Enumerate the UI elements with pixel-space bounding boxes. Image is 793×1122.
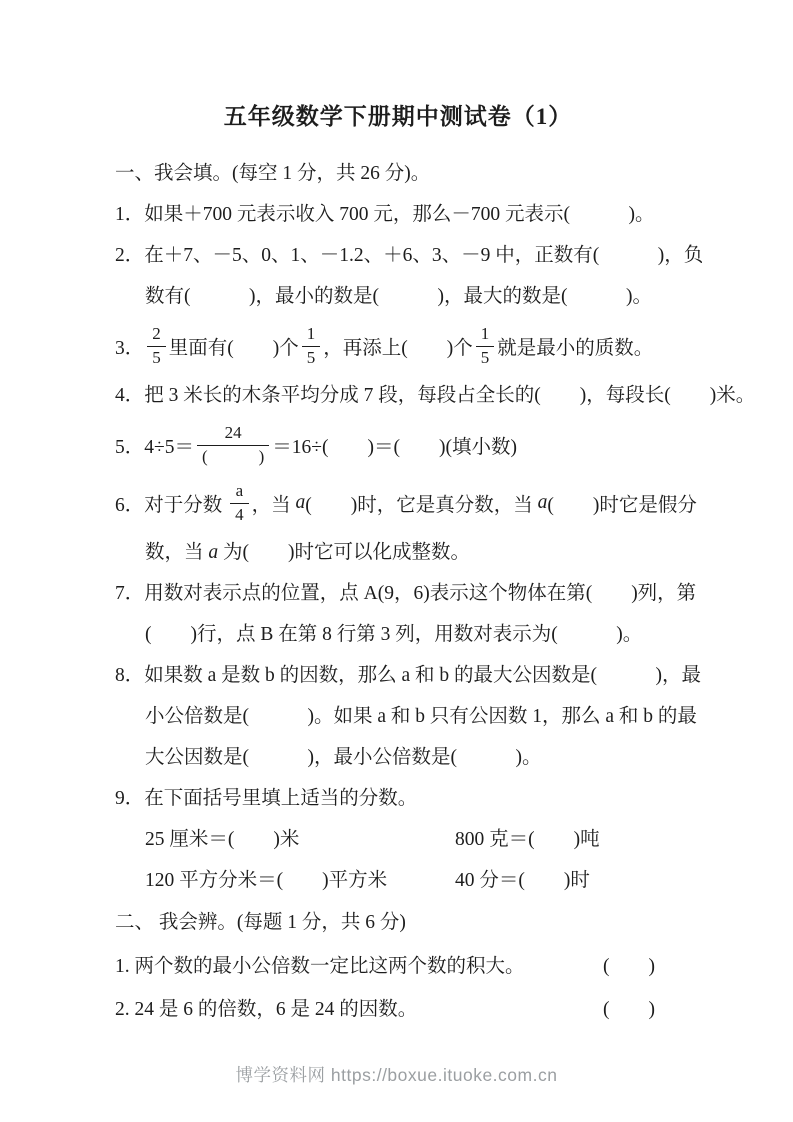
watermark-footer: 博学资料网 https://boxue.ituoke.com.cn bbox=[0, 1062, 793, 1087]
variable-a: a bbox=[296, 492, 306, 514]
question-3: 3． 25 里面有( )个 15 ，再添上( )个 15 就是最小的质数。 bbox=[115, 317, 681, 375]
fraction-numerator: 24 bbox=[197, 423, 269, 445]
fraction-denominator: 5 bbox=[147, 347, 166, 368]
question-8-line1: 8．如果数 a 是数 b 的因数，那么 a 和 b 的最大公因数是( )，最 bbox=[115, 655, 681, 696]
question-9-line1: 9．在下面括号里填上适当的分数。 bbox=[115, 778, 681, 819]
question-9-row1: 25 厘米＝( )米 800 克＝( )吨 bbox=[115, 819, 681, 860]
question-7-line2: ( )行，点 B 在第 8 行第 3 列，用数对表示为( )。 bbox=[115, 614, 681, 655]
question-5-text-1: 5．4÷5＝ bbox=[115, 431, 194, 459]
fraction-24-over-blank: 24( ) bbox=[197, 423, 269, 467]
question-5: 5．4÷5＝ 24( ) ＝16÷( )＝( )(填小数) bbox=[115, 416, 681, 474]
fraction-one-fifth: 15 bbox=[302, 324, 321, 368]
question-6-text-4: ( )时它是假分 bbox=[547, 489, 697, 517]
question-4: 4．把 3 米长的木条平均分成 7 段，每段占全长的( )，每段长( )米。 bbox=[115, 375, 681, 416]
question-6-text-5: 数，当 bbox=[145, 542, 208, 563]
fraction-numerator: 1 bbox=[476, 324, 495, 346]
fraction-one-fifth: 15 bbox=[476, 324, 495, 368]
section2-question-1-text: 1. 两个数的最小公倍数一定比这两个数的积大。 bbox=[115, 945, 525, 988]
fraction-denominator: ( ) bbox=[197, 446, 269, 467]
answer-parentheses: ( ) bbox=[603, 988, 681, 1031]
question-6-text-2: ，当 bbox=[252, 489, 296, 517]
fraction-denominator: 4 bbox=[230, 504, 249, 525]
fraction-numerator: a bbox=[230, 481, 249, 503]
question-2-line2: 数有( )，最小的数是( )，最大的数是( )。 bbox=[115, 276, 681, 317]
section1-heading: 一、我会填。(每空 1 分，共 26 分)。 bbox=[115, 153, 681, 194]
fraction-denominator: 5 bbox=[476, 347, 495, 368]
question-6-text-1: 6．对于分数 bbox=[115, 489, 227, 517]
section2-question-2: 2. 24 是 6 的倍数，6 是 24 的因数。 ( ) bbox=[115, 988, 681, 1031]
conversion-min-to-h: 40 分＝( )时 bbox=[455, 860, 590, 901]
answer-parentheses: ( ) bbox=[603, 945, 681, 988]
conversion-sqdm-to-sqm: 120 平方分米＝( )平方米 bbox=[145, 860, 455, 901]
question-8-line3: 大公因数是( )，最小公倍数是( )。 bbox=[115, 737, 681, 778]
section2-heading: 二、 我会辨。(每题 1 分，共 6 分) bbox=[115, 901, 681, 945]
fraction-numerator: 1 bbox=[302, 324, 321, 346]
fraction-two-fifths: 25 bbox=[147, 324, 166, 368]
section2-question-1: 1. 两个数的最小公倍数一定比这两个数的积大。 ( ) bbox=[115, 945, 681, 988]
variable-a: a bbox=[208, 542, 218, 563]
question-3-text-2: ，再添上( )个 bbox=[323, 332, 473, 360]
conversion-cm-to-m: 25 厘米＝( )米 bbox=[145, 819, 455, 860]
fraction-denominator: 5 bbox=[302, 347, 321, 368]
question-3-text-3: 就是最小的质数。 bbox=[497, 332, 653, 360]
question-6-text-6: 为( )时它可以化成整数。 bbox=[218, 542, 470, 563]
page-title: 五年级数学下册期中测试卷（1） bbox=[115, 98, 681, 131]
variable-a: a bbox=[538, 492, 548, 514]
question-5-text-2: ＝16÷( )＝( )(填小数) bbox=[272, 431, 517, 459]
fraction-a-over-4: a4 bbox=[230, 481, 249, 525]
question-3-number: 3． bbox=[115, 332, 144, 360]
question-6-line1: 6．对于分数 a4 ，当 a ( )时，它是真分数，当 a ( )时它是假分 bbox=[115, 474, 681, 532]
question-6-line2: 数，当 a 为( )时它可以化成整数。 bbox=[115, 532, 681, 573]
question-6-text-3: ( )时，它是真分数，当 bbox=[305, 489, 537, 517]
test-paper: 五年级数学下册期中测试卷（1） 一、我会填。(每空 1 分，共 26 分)。 1… bbox=[115, 98, 681, 1031]
fraction-numerator: 2 bbox=[147, 324, 166, 346]
conversion-g-to-t: 800 克＝( )吨 bbox=[455, 819, 600, 860]
question-2-line1: 2．在＋7、－5、0、1、－1.2、＋6、3、－9 中，正数有( )，负 bbox=[115, 235, 681, 276]
section2-question-2-text: 2. 24 是 6 的倍数，6 是 24 的因数。 bbox=[115, 988, 417, 1031]
question-7-line1: 7．用数对表示点的位置，点 A(9，6)表示这个物体在第( )列，第 bbox=[115, 573, 681, 614]
question-1: 1．如果＋700 元表示收入 700 元，那么－700 元表示( )。 bbox=[115, 194, 681, 235]
question-8-line2: 小公倍数是( )。如果 a 和 b 只有公因数 1，那么 a 和 b 的最 bbox=[115, 696, 681, 737]
question-3-text-1: 里面有( )个 bbox=[169, 332, 299, 360]
question-9-row2: 120 平方分米＝( )平方米 40 分＝( )时 bbox=[115, 860, 681, 901]
